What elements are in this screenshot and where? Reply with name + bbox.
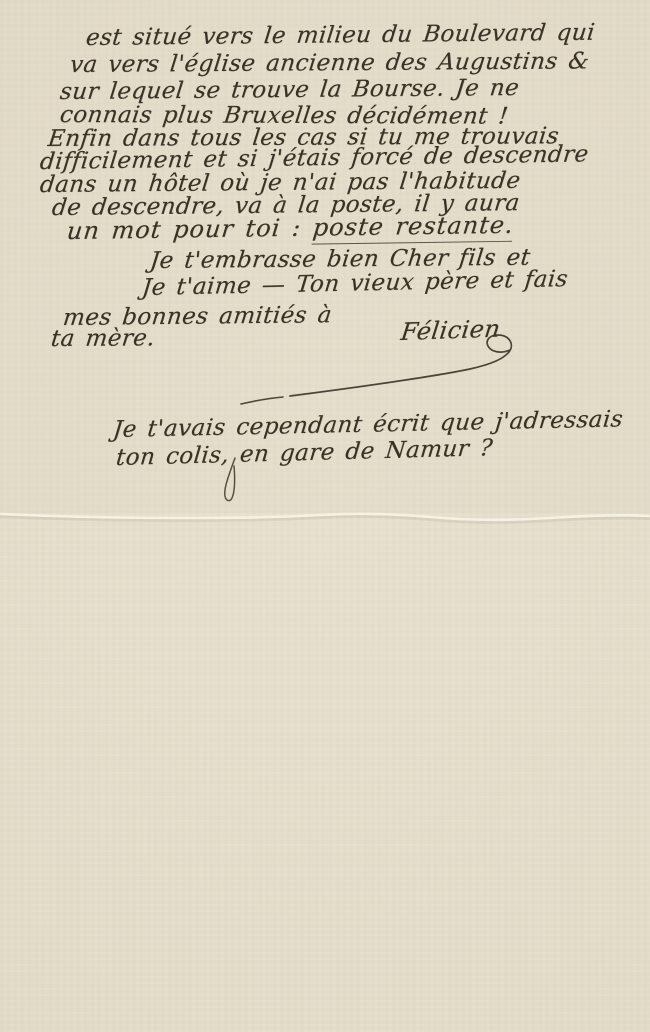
closing-line: Je t'aime — Ton vieux père et fais [141, 268, 569, 300]
postscript-line: ton colis, en gare de Namur ? [115, 437, 494, 470]
letter-line: sur lequel se trouve la Bourse. Je ne [59, 77, 521, 104]
closing-line: ta mère. [50, 327, 157, 351]
underlined-phrase: poste restante. [311, 211, 515, 245]
letter-page: est situé vers le milieu du Boulevard qu… [0, 0, 650, 1032]
letter-line: va vers l'église ancienne des Augustins … [69, 50, 591, 77]
letter-line: est situé vers le milieu du Boulevard qu… [85, 22, 596, 50]
postscript-line: Je t'avais cependant écrit que j'adressa… [112, 408, 624, 442]
letter-line-text: un mot pour toi : [65, 214, 314, 245]
letter-line-poste-restante: un mot pour toi : poste restante. [66, 213, 515, 243]
signature: Félicien [400, 317, 502, 344]
